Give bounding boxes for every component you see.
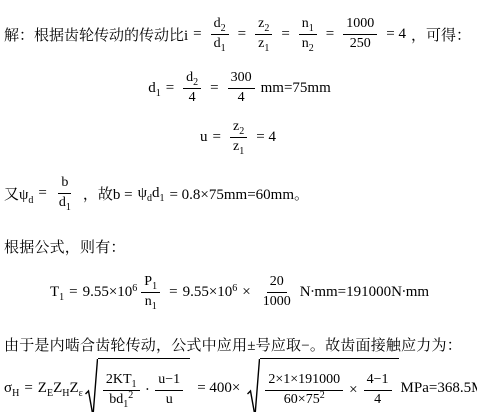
frac-sub: 2 (193, 77, 198, 88)
line6-result-text: N∙mm=191000N∙mm (300, 284, 429, 301)
dot-operator: ∙ (146, 382, 150, 399)
fraction-1000-250: 1000 250 (343, 16, 377, 51)
frac-base: P (144, 274, 152, 289)
fraction-20-1000: 20 1000 (260, 274, 294, 309)
equals-sign: = (193, 26, 201, 43)
line4-mid-text: ，故b = (83, 183, 133, 204)
frac-sub: 1 (309, 23, 314, 34)
fraction-u-minus-1-u: u−1 u (155, 372, 183, 407)
fraction-denominator: n1 (142, 293, 160, 310)
fraction-numerator: d2 (183, 70, 201, 88)
fraction-n1-n2: n1 n2 (299, 16, 317, 51)
frac-base: n (302, 36, 309, 51)
frac-base: n (145, 294, 152, 309)
fraction-numeric-torque: 2×1×191000 60×752 (265, 372, 343, 407)
line-torque: T1 = 9.55×106 P1 n1 = 9.55×106 × 20 1000… (4, 268, 477, 316)
equals-sign: = (238, 26, 246, 43)
fraction-denominator: n2 (299, 35, 317, 52)
equals-sign: = (24, 380, 32, 397)
frac-base: 2KT (106, 372, 132, 387)
line2-result-text: mm=75mm (261, 80, 331, 97)
equals-four-result: = 4 (256, 129, 276, 146)
Zepsilon-subscript: ε (79, 388, 83, 399)
fraction-numerator: b (58, 175, 71, 193)
equals-four-result: = 4 (386, 26, 406, 43)
fraction-numerator: n1 (299, 16, 317, 34)
fraction-numerator: d2 (211, 16, 229, 34)
line1-lead-text: 解：根据齿轮传动的传动比i (4, 24, 188, 45)
radical-sign-icon (85, 358, 98, 412)
square-root: 2×1×191000 60×752 × 4−1 4 (247, 358, 398, 412)
square-root: 2KT1 bd12 ∙ u−1 u (85, 358, 190, 412)
u-symbol: u (200, 129, 208, 146)
frac-sub: 2 (221, 23, 226, 34)
frac-sup: 2 (128, 390, 133, 401)
fraction-numerator: u−1 (155, 372, 183, 390)
fraction-numerator: z2 (255, 16, 272, 34)
frac-base: d (214, 36, 221, 51)
frac-base: 60×75 (284, 392, 320, 407)
fraction-300-4: 300 4 (228, 70, 255, 105)
fraction-z2-z1: z2 z1 (255, 16, 272, 51)
fraction-denominator: z1 (230, 138, 247, 155)
frac-sub: 2 (264, 23, 269, 34)
line4-result-text: = 0.8×75mm=60mm。 (169, 183, 309, 204)
equals-sign: = (38, 185, 46, 202)
T1-symbol: T1 (50, 284, 64, 301)
fraction-denominator: 60×752 (281, 391, 328, 408)
fraction-z2-z1: z2 z1 (230, 119, 247, 154)
equals-sign: = (69, 284, 77, 301)
fraction-numerator: P1 (141, 274, 160, 292)
fraction-denominator: bd12 (106, 391, 136, 408)
psi-d-symbol: ψd (138, 185, 152, 202)
line-face-width: 又ψd = b d1 ，故b = ψd d1 = 0.8×75mm=60mm。 (4, 168, 477, 218)
frac-sub: 1 (221, 43, 226, 54)
fraction-numerator: 20 (267, 274, 287, 292)
d1-subscript: 1 (156, 88, 161, 99)
line-transmission-ratio: 解：根据齿轮传动的传动比i = d2 d1 = z2 z1 = n1 n2 = … (4, 10, 477, 58)
equals-sign: = (210, 80, 218, 97)
d1-symbol: d1 (148, 80, 161, 97)
fraction-numerator: z2 (230, 119, 247, 137)
psi-d-symbol: 又ψd (4, 183, 33, 204)
fraction-denominator: z1 (255, 35, 272, 52)
equals-400-times: = 400× (197, 380, 240, 397)
ZH-symbol: ZH (53, 380, 69, 397)
fraction-denominator: 4 (235, 89, 248, 106)
fraction-d2-d1: d2 d1 (211, 16, 229, 51)
sigma-subscript: H (12, 388, 19, 399)
line-contact-stress: σH = ZE ZH Zε 2KT1 bd12 ∙ u−1 u = 400× (4, 362, 477, 412)
frac-base: d (214, 16, 221, 31)
radicand: 2×1×191000 60×752 × 4−1 4 (260, 358, 398, 412)
fraction-numerator: 1000 (343, 16, 377, 34)
d1-symbol: d1 (152, 185, 165, 202)
frac-sup: 2 (320, 390, 325, 401)
frac-sub: 1 (152, 281, 157, 292)
multiply-sign: × (242, 284, 250, 301)
fraction-2KT1-bd1sq: 2KT1 bd12 (103, 372, 140, 407)
radical-sign-icon (247, 358, 260, 412)
exponent: 6 (232, 283, 237, 294)
frac-base: d (59, 195, 66, 210)
psi-subscript: d (28, 195, 33, 206)
fraction-denominator: 1000 (260, 293, 294, 310)
coefficient-9-55e6: 9.55×106 (83, 284, 138, 301)
fraction-denominator: 4 (371, 391, 384, 408)
equals-sign: = (281, 26, 289, 43)
line1-tail-text: ，可得： (411, 24, 471, 45)
ZE-symbol: ZE (38, 380, 53, 397)
frac-sub: 1 (264, 43, 269, 54)
fraction-4-minus-1-4: 4−1 4 (364, 372, 392, 407)
frac-base: n (302, 16, 309, 31)
equals-sign: = (166, 80, 174, 97)
solution-document: 解：根据齿轮传动的传动比i = d2 d1 = z2 z1 = n1 n2 = … (0, 0, 477, 412)
fraction-denominator: 250 (347, 35, 374, 52)
equals-sign: = (326, 26, 334, 43)
fraction-b-d1: b d1 (56, 175, 74, 210)
fraction-d2-4: d2 4 (183, 70, 201, 105)
frac-sub: 1 (152, 301, 157, 312)
frac-sub: 2 (309, 43, 314, 54)
equals-sign: = (169, 284, 177, 301)
multiply-sign: × (349, 382, 357, 399)
frac-sub: 1 (239, 146, 244, 157)
radicand: 2KT1 bd12 ∙ u−1 u (98, 358, 190, 412)
line-u-value: u = z2 z1 = 4 (4, 114, 477, 160)
line-d1-value: d1 = d2 4 = 300 4 mm=75mm (4, 64, 477, 112)
fraction-numerator: 300 (228, 70, 255, 88)
d1-subscript: 1 (159, 193, 164, 204)
frac-base: bd (109, 392, 123, 407)
fraction-numerator: 4−1 (364, 372, 392, 390)
coefficient-9-55e6: 9.55×106 (183, 284, 238, 301)
ZH-subscript: H (62, 388, 69, 399)
fraction-numerator: 2KT1 (103, 372, 140, 390)
equals-sign: = (213, 129, 221, 146)
fraction-denominator: d1 (56, 194, 74, 211)
exponent: 6 (132, 283, 137, 294)
Zepsilon-symbol: Zε (69, 380, 82, 397)
T1-subscript: 1 (59, 292, 64, 303)
line8-result-text: MPa=368.5MPa (401, 380, 477, 397)
frac-sub: 2 (239, 126, 244, 137)
fraction-denominator: 4 (186, 89, 199, 106)
frac-sub: 1 (66, 202, 71, 213)
fraction-denominator: d1 (211, 35, 229, 52)
fraction-numerator: 2×1×191000 (265, 372, 343, 390)
formula-intro-text: 根据公式，则有： (4, 236, 477, 252)
fraction-denominator: u (163, 391, 176, 408)
sigma-H-symbol: σH (4, 380, 19, 397)
fraction-P1-n1: P1 n1 (141, 274, 160, 309)
internal-mesh-note-text: 由于是内啮合齿轮传动，公式中应用±号应取−。故齿面接触应力为： (4, 334, 477, 350)
